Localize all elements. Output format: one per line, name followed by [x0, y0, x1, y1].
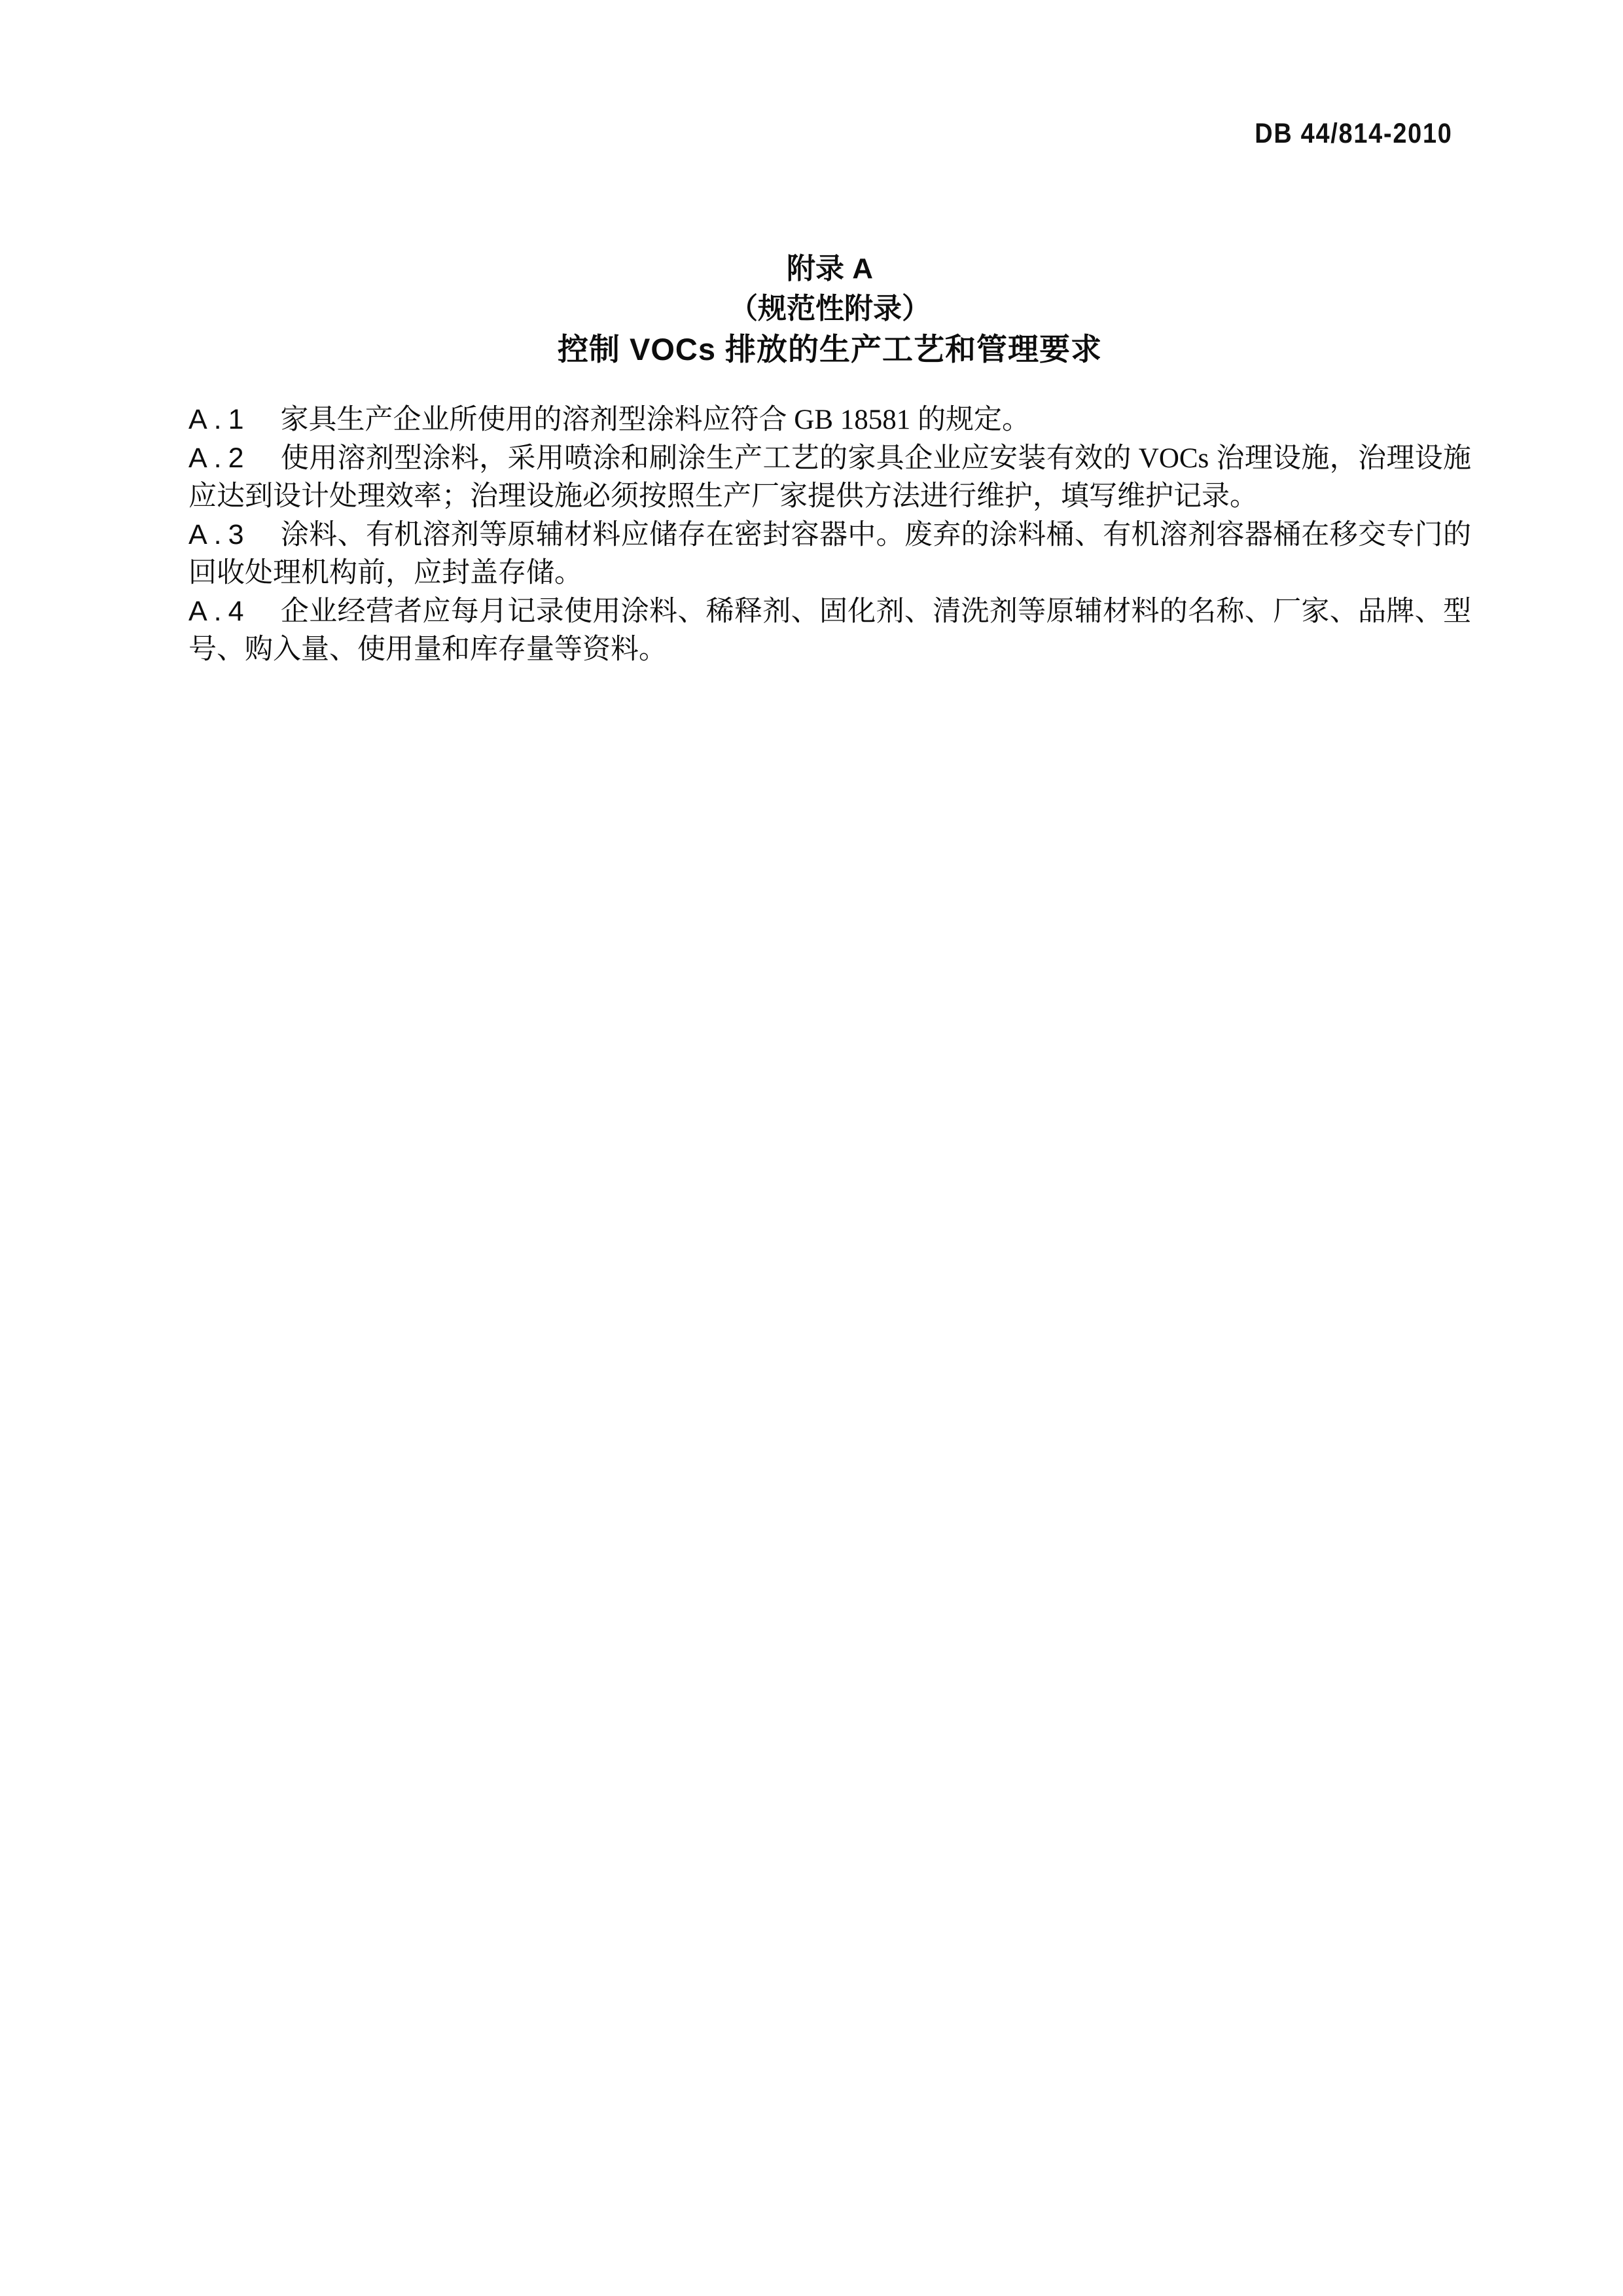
clause-a4: A.4企业经营者应每月记录使用涂料、稀释剂、固化剂、清洗剂等原辅材料的名称、厂家… — [188, 592, 1471, 669]
appendix-title: 附录 A — [188, 249, 1471, 289]
clause-a2-number: A.2 — [188, 442, 251, 474]
clause-a2-text: 使用溶剂型涂料，采用喷涂和刷涂生产工艺的家具企业应安装有效的 VOCs 治理设施… — [188, 443, 1471, 512]
clause-a4-number: A.4 — [188, 596, 251, 627]
clause-a4-text: 企业经营者应每月记录使用涂料、稀释剂、固化剂、清洗剂等原辅材料的名称、厂家、品牌… — [188, 596, 1471, 665]
clauses-block: A.1家具生产企业所使用的溶剂型涂料应符合 GB 18581 的规定。 A.2使… — [188, 401, 1471, 669]
clause-a1-text: 家具生产企业所使用的溶剂型涂料应符合 GB 18581 的规定。 — [281, 404, 1030, 435]
clause-a1: A.1家具生产企业所使用的溶剂型涂料应符合 GB 18581 的规定。 — [188, 401, 1471, 439]
clause-a3: A.3涂料、有机溶剂等原辅材料应储存在密封容器中。废弃的涂料桶、有机溶剂容器桶在… — [188, 516, 1471, 592]
clause-a3-text: 涂料、有机溶剂等原辅材料应储存在密封容器中。废弃的涂料桶、有机溶剂容器桶在移交专… — [188, 520, 1471, 588]
clause-a1-number: A.1 — [188, 404, 251, 435]
appendix-subject-title: 控制 VOCs 排放的生产工艺和管理要求 — [188, 329, 1471, 370]
appendix-normative-label: （规范性附录） — [188, 289, 1471, 329]
clause-a3-number: A.3 — [188, 519, 251, 550]
standard-code: DB 44/814-2010 — [1255, 118, 1453, 150]
appendix-title-block: 附录 A （规范性附录） 控制 VOCs 排放的生产工艺和管理要求 — [188, 249, 1471, 370]
clause-a2: A.2使用溶剂型涂料，采用喷涂和刷涂生产工艺的家具企业应安装有效的 VOCs 治… — [188, 439, 1471, 516]
document-page: DB 44/814-2010 附录 A （规范性附录） 控制 VOCs 排放的生… — [0, 0, 1623, 2296]
